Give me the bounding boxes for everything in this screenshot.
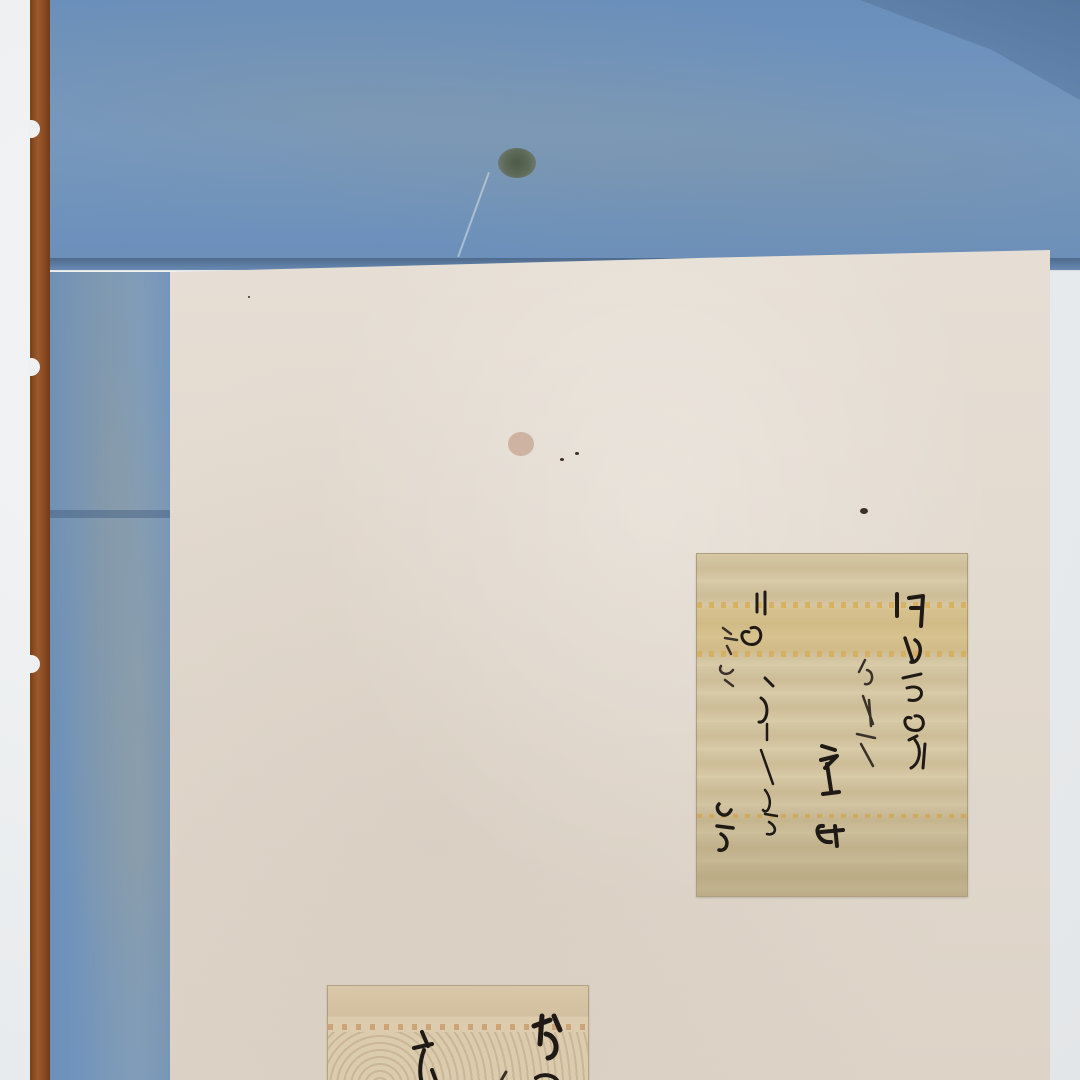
poem-card-2 (327, 985, 589, 1080)
paper-stain (508, 432, 534, 456)
calligraphy-strokes (328, 986, 588, 1080)
paper-speck (248, 296, 250, 298)
paper-speck (560, 458, 564, 461)
upper-blue-silk-panel (50, 0, 1080, 270)
tassel-icon (498, 148, 536, 178)
calligraphy-strokes (697, 554, 967, 896)
poem-card-1 (696, 553, 968, 897)
paper-speck (575, 452, 579, 455)
mount-brown-edge (30, 0, 50, 1080)
paper-speck (860, 508, 868, 514)
